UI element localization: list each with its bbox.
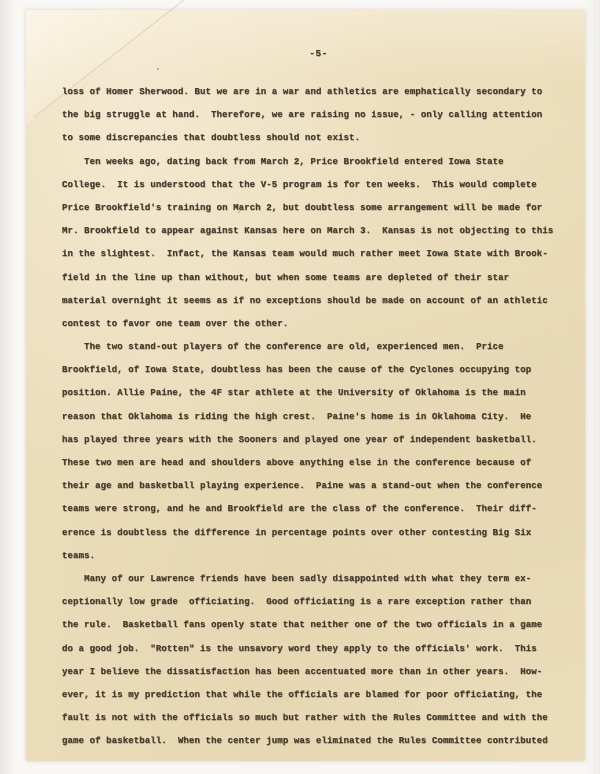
- text-line: ceptionally low grade officiating. Good …: [62, 591, 562, 614]
- text-line: reason that Oklahoma is riding the high …: [62, 406, 562, 429]
- text-line: teams.: [62, 545, 562, 568]
- text-line: fault is not with the officials so much …: [62, 707, 562, 730]
- text-line: in the slightest. Infact, the Kansas tea…: [62, 243, 562, 266]
- text-line: ever, it is my prediction that while the…: [62, 684, 562, 707]
- text-line: These two men are head and shoulders abo…: [62, 452, 562, 475]
- document-page: -5- loss of Homer Sherwood. But we are i…: [26, 10, 585, 761]
- text-line: do a good job. "Rotten" is the unsavory …: [62, 638, 562, 661]
- text-line: teams were strong, and he and Brookfield…: [62, 498, 562, 521]
- text-line: erence is doubtless the difference in pe…: [62, 522, 562, 545]
- text-line: to some discrepancies that doubtless sho…: [62, 127, 562, 150]
- text-line: Brookfield, of Iowa State, doubtless has…: [62, 359, 562, 382]
- page-body: loss of Homer Sherwood. But we are in a …: [62, 81, 562, 753]
- text-line: Many of our Lawrence friends have been s…: [62, 568, 562, 591]
- text-line: their age and basketball playing experie…: [62, 475, 562, 498]
- text-line: contest to favor one team over the other…: [62, 313, 562, 336]
- page-number: -5-: [39, 48, 598, 59]
- text-line: Ten weeks ago, dating back from March 2,…: [62, 151, 562, 174]
- text-line: The two stand-out players of the confere…: [62, 336, 562, 359]
- text-line: Price Brookfield's training on March 2, …: [62, 197, 562, 220]
- text-line: position. Allie Paine, the 4F star athle…: [62, 382, 562, 405]
- text-line: field in the line up than without, but w…: [62, 267, 562, 290]
- text-line: the big struggle at hand. Therefore, we …: [62, 104, 562, 127]
- scan-background: -5- loss of Homer Sherwood. But we are i…: [0, 0, 600, 774]
- text-line: Mr. Brookfield to appear against Kansas …: [62, 220, 562, 243]
- paper-speck: [157, 68, 159, 70]
- text-line: the rule. Basketball fans openly state t…: [62, 614, 562, 637]
- text-line: year I believe the dissatisfaction has b…: [62, 661, 562, 684]
- text-line: has played three years with the Sooners …: [62, 429, 562, 452]
- text-line: loss of Homer Sherwood. But we are in a …: [62, 81, 562, 104]
- text-line: game of basketball. When the center jump…: [62, 730, 562, 753]
- text-line: College. It is understood that the V-5 p…: [62, 174, 562, 197]
- text-line: material overnight it seems as if no exc…: [62, 290, 562, 313]
